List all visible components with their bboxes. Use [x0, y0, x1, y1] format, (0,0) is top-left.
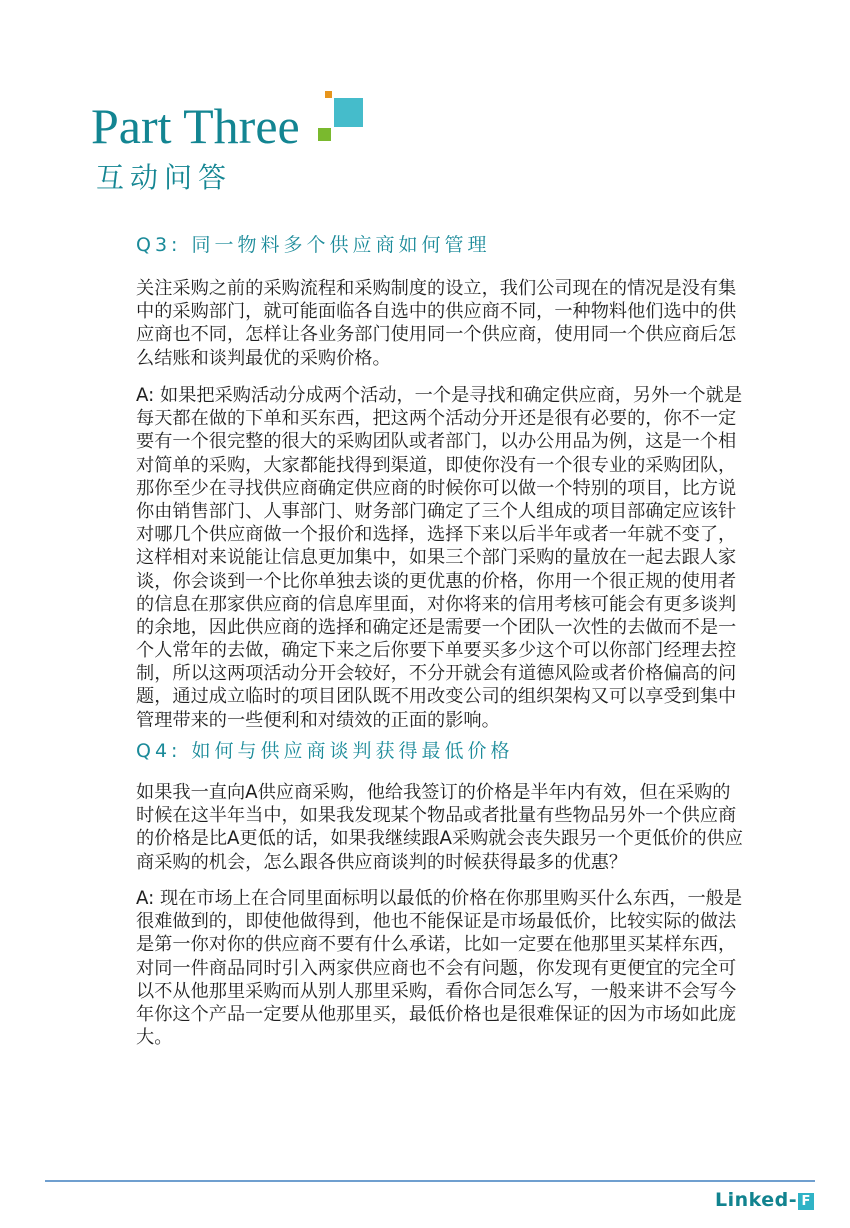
text-line: 中的采购部门，就可能面临各自选中的供应商不同，一种物料他们选中的供: [136, 300, 726, 323]
text-line: 商采购的机会，怎么跟各供应商谈判的时候获得最多的优惠？: [136, 851, 726, 874]
brand-logo: Linked-F: [715, 1189, 814, 1211]
text-line: 个人常年的去做，确定下来之后你要下单要买多少这个可以你部门经理去控: [136, 639, 726, 662]
text-line: 对简单的采购，大家都能找得到渠道，即使你没有一个很专业的采购团队，: [136, 454, 726, 477]
text-line: 关注采购之前的采购流程和采购制度的设立，我们公司现在的情况是没有集: [136, 277, 726, 300]
text-line: 应商也不同，怎样让各业务部门使用同一个供应商，使用同一个供应商后怎: [136, 323, 726, 346]
text-line: 的信息在那家供应商的信息库里面，对你将来的信用考核可能会有更多谈判: [136, 593, 726, 616]
text-line: 要有一个很完整的很大的采购团队或者部门，以办公用品为例，这是一个相: [136, 430, 726, 453]
text-line: 如果我一直向A供应商采购，他给我签订的价格是半年内有效，但在采购的: [136, 781, 726, 804]
text-line: 的价格是比A更低的话，如果我继续跟A采购就会丧失跟另一个更低价的供应: [136, 827, 726, 850]
text-line: 这样相对来说能让信息更加集中，如果三个部门采购的量放在一起去跟人家: [136, 546, 726, 569]
text-line: 很难做到的，即使他做得到，他也不能保证是市场最低价，比较实际的做法: [136, 910, 726, 933]
q3-question: 关注采购之前的采购流程和采购制度的设立，我们公司现在的情况是没有集 中的采购部门…: [136, 277, 726, 370]
text-line: 制，所以这两项活动分开会较好，不分开就会有道德风险或者价格偏高的问: [136, 662, 726, 685]
logo-text: Linked-: [715, 1189, 797, 1211]
part-subtitle: 互动问答: [96, 160, 232, 196]
text-line: A: 现在市场上在合同里面标明以最低的价格在你那里购买什么东西，一般是: [136, 887, 726, 910]
text-line: 大。: [136, 1026, 726, 1049]
q4-heading: Q4: 如何与供应商谈判获得最低价格: [136, 739, 514, 763]
q4-answer: A: 现在市场上在合同里面标明以最低的价格在你那里购买什么东西，一般是 很难做到…: [136, 887, 726, 1049]
text-line: 每天都在做的下单和买东西，把这两个活动分开还是很有必要的，你不一定: [136, 407, 726, 430]
text-line: 你由销售部门、人事部门、财务部门确定了三个人组成的项目部确定应该针: [136, 500, 726, 523]
text-line: 那你至少在寻找供应商确定供应商的时候你可以做一个特别的项目，比方说: [136, 477, 726, 500]
text-line: 谈，你会谈到一个比你单独去谈的更优惠的价格，你用一个很正规的使用者: [136, 570, 726, 593]
text-line: 题，通过成立临时的项目团队既不用改变公司的组织架构又可以享受到集中: [136, 685, 726, 708]
text-line: 年你这个产品一定要从他那里买，最低价格也是很难保证的因为市场如此庞: [136, 1003, 726, 1026]
decor-square-blue-icon: [334, 98, 363, 127]
decor-square-green-icon: [318, 128, 331, 141]
decor-square-orange-icon: [325, 91, 332, 98]
q4-question: 如果我一直向A供应商采购，他给我签订的价格是半年内有效，但在采购的 时候在这半年…: [136, 781, 726, 874]
logo-f-icon: F: [798, 1193, 814, 1210]
text-line: 时候在这半年当中，如果我发现某个物品或者批量有些物品另外一个供应商: [136, 804, 726, 827]
text-line: 是第一你对你的供应商不要有什么承诺，比如一定要在他那里买某样东西，: [136, 933, 726, 956]
q3-answer: A: 如果把采购活动分成两个活动，一个是寻找和确定供应商，另外一个就是 每天都在…: [136, 384, 726, 732]
q3-heading: Q3: 同一物料多个供应商如何管理: [136, 233, 491, 257]
text-line: 以不从他那里采购而从别人那里采购，看你合同怎么写，一般来讲不会写今: [136, 980, 726, 1003]
text-line: 对哪几个供应商做一个报价和选择，选择下来以后半年或者一年就不变了，: [136, 523, 726, 546]
footer-divider: [45, 1180, 815, 1182]
text-line: 的余地，因此供应商的选择和确定还是需要一个团队一次性的去做而不是一: [136, 616, 726, 639]
text-line: 么结账和谈判最优的采购价格。: [136, 347, 726, 370]
text-line: 对同一件商品同时引入两家供应商也不会有问题，你发现有更便宜的完全可: [136, 957, 726, 980]
text-line: A: 如果把采购活动分成两个活动，一个是寻找和确定供应商，另外一个就是: [136, 384, 726, 407]
text-line: 管理带来的一些便利和对绩效的正面的影响。: [136, 709, 726, 732]
part-title: Part Three: [91, 96, 300, 156]
